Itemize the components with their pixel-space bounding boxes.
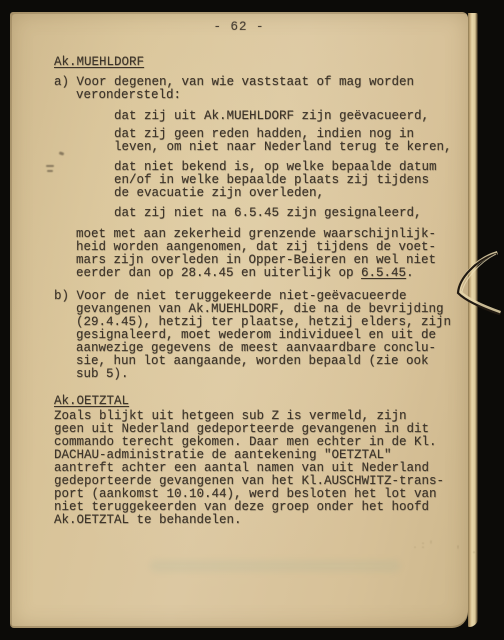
bleed-through-mark: ' . <box>455 546 479 557</box>
text-line: de evacuatie zijn overleden, <box>114 187 458 200</box>
text-line: Ak.OETZTAL te behandelen. <box>54 514 458 527</box>
ink-speck <box>47 170 53 172</box>
page-number: - 62 - <box>10 20 468 34</box>
text-line: leven, om niet naar Nederland terug te k… <box>114 141 458 154</box>
text-line: sub 5). <box>76 368 458 381</box>
photo-background: { "page": { "number_label": "- 62 -", "l… <box>0 0 504 640</box>
text-line: dat zij uit Ak.MUEHLDORF zijn geëvacueer… <box>114 110 458 123</box>
bleed-through-mark: .:' <box>412 541 436 552</box>
document-body: Ak.MUEHLDORFa) Voor degenen, van wie vas… <box>54 56 458 527</box>
text-line: Ak.MUEHLDORF <box>54 56 458 69</box>
text-line: sie, hun lot aangaande, worden bepaald (… <box>76 355 458 368</box>
document-page: - 62 - Ak.MUEHLDORFa) Voor degenen, van … <box>10 12 468 628</box>
text-line: dat zij niet na 6.5.45 zijn gesignaleerd… <box>114 207 458 220</box>
binder-clip-icon <box>446 246 504 322</box>
ink-speck <box>46 165 54 167</box>
text-line: Ak.OETZTAL <box>54 395 458 408</box>
text-line: verondersteld: <box>76 89 458 102</box>
text-line: eerder dan op 28.4.45 en uiterlijk op 6.… <box>76 267 458 280</box>
scan-artifact-band <box>150 560 400 572</box>
